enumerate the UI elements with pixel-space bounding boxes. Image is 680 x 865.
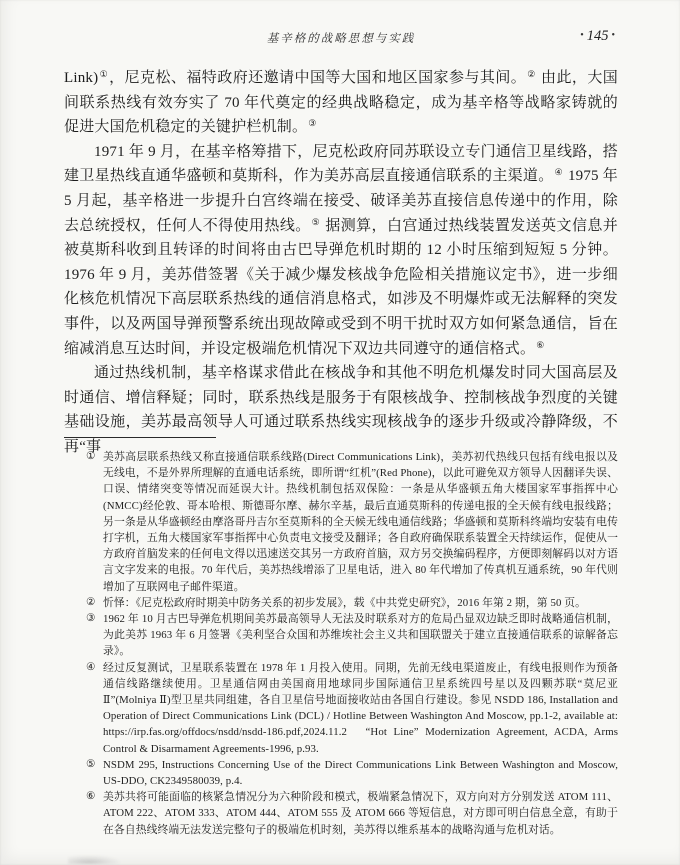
footnote-text: 美苏共将可能面临的核紧急情况分为六种阶段和模式，极端紧急情况下，双方向对方分别发…: [103, 789, 618, 838]
paragraph: Link)①，尼克松、福特政府还邀请中国等大国和地区国家参与其间。② 由此，大国…: [64, 66, 618, 140]
footnote-marker: ⑥: [86, 789, 103, 805]
book-page: 基辛格的战略思想与实践 •145• Link)①，尼克松、福特政府还邀请中国等大…: [0, 0, 680, 865]
footnote-separator: [64, 437, 216, 438]
footnote-text: 经过反复测试，卫星联系装置在 1978 年 1 月投入使用。同期，先前无线电渠道…: [103, 660, 618, 757]
footnotes: ①美苏高层联系热线又称直接通信联系线路(Direct Communication…: [86, 449, 618, 838]
running-title: 基辛格的战略思想与实践: [64, 30, 618, 46]
footnote-item: ②忻怿：《尼克松政府时期美中防务关系的初步发展》，载《中共党史研究》，2016 …: [86, 595, 618, 611]
footnote-text: NSDM 295, Instructions Concerning Use of…: [103, 757, 618, 789]
footnote-marker: ⑤: [86, 757, 103, 773]
paragraph: 通过热线机制，基辛格谋求借此在核战争和其他不明危机爆发时同大国高层及时通信、增信…: [64, 361, 618, 459]
footnote-marker: ①: [86, 449, 103, 465]
footnote-item: ④经过反复测试，卫星联系装置在 1978 年 1 月投入使用。同期，先前无线电渠…: [86, 660, 618, 757]
footnote-reference: ④: [554, 167, 564, 177]
footnote-item: ⑥美苏共将可能面临的核紧急情况分为六种阶段和模式，极端紧急情况下，双方向对方分别…: [86, 789, 618, 838]
page-number: •145•: [577, 28, 618, 45]
footnote-marker: ④: [86, 660, 103, 676]
page-number-bullet-right: •: [608, 30, 618, 41]
footnote-marker: ③: [86, 611, 103, 627]
footnote-text: 忻怿：《尼克松政府时期美中防务关系的初步发展》，载《中共党史研究》，2016 年…: [103, 595, 618, 611]
footnote-reference: ⑥: [535, 340, 545, 350]
page-number-bullet-left: •: [577, 30, 587, 41]
footnote-reference: ②: [526, 69, 537, 79]
footnote-item: ⑤NSDM 295, Instructions Concerning Use o…: [86, 757, 618, 789]
footnote-item: ③1962 年 10 月古巴导弹危机期间美苏最高领导人无法及时联系对方的危局凸显…: [86, 611, 618, 660]
footnote-reference: ⑤: [311, 217, 321, 227]
footnote-reference: ③: [307, 118, 317, 128]
page-header: 基辛格的战略思想与实践 •145•: [64, 30, 618, 50]
footnote-item: ①美苏高层联系热线又称直接通信联系线路(Direct Communication…: [86, 449, 618, 595]
page-number-value: 145: [587, 28, 609, 44]
footnote-text: 1962 年 10 月古巴导弹危机期间美苏最高领导人无法及时联系对方的危局凸显双…: [103, 611, 618, 660]
paragraph: 1971 年 9 月，在基辛格筹措下，尼克松政府同苏联设立专门通信卫星线路，搭建…: [64, 140, 618, 361]
scan-artifact: [68, 855, 120, 864]
footnote-reference: ①: [98, 69, 109, 79]
body-text: Link)①，尼克松、福特政府还邀请中国等大国和地区国家参与其间。② 由此，大国…: [64, 66, 618, 460]
footnote-text: 美苏高层联系热线又称直接通信联系线路(Direct Communications…: [103, 449, 618, 595]
footnote-marker: ②: [86, 595, 103, 611]
